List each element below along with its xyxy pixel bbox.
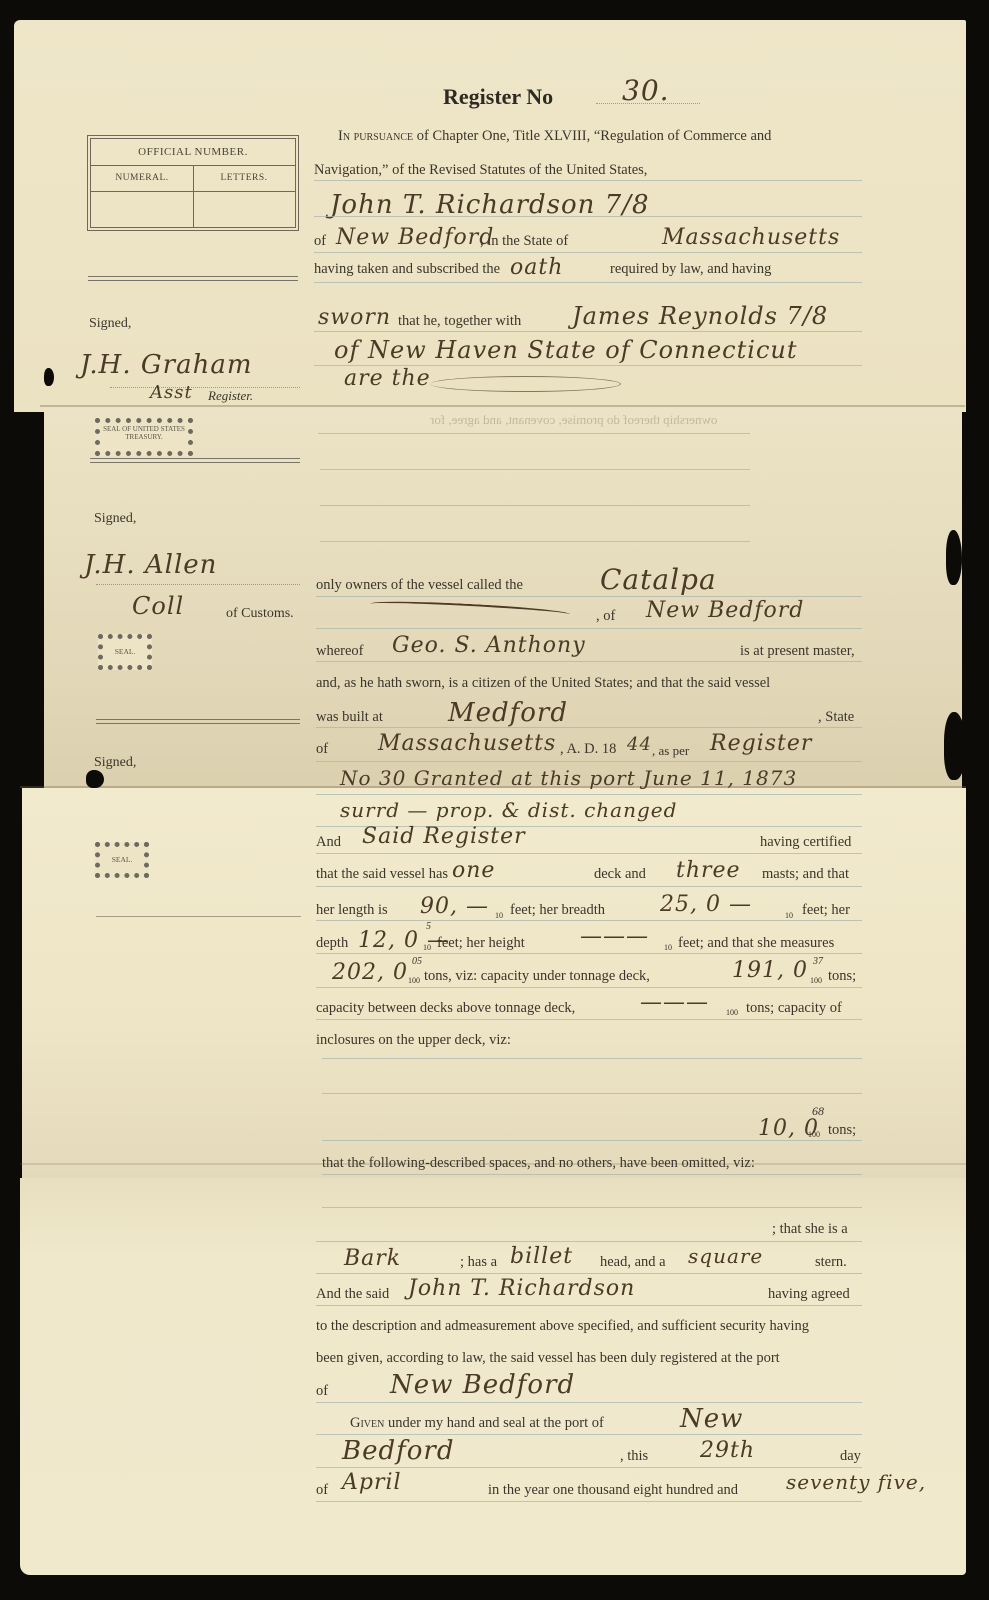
- total-tonnage-hundredths[interactable]: 05: [412, 956, 422, 967]
- under-deck-hundredths[interactable]: 37: [813, 956, 823, 967]
- depth-label: depth: [316, 935, 348, 952]
- having-certified-label: having certified: [760, 834, 851, 851]
- built-state[interactable]: Massachusetts: [378, 731, 556, 756]
- between-decks-label: capacity between decks above tonnage dec…: [316, 1000, 575, 1017]
- inclosure-hundredths[interactable]: 68: [812, 1104, 824, 1119]
- inclosure-denominator: 100: [808, 1130, 820, 1139]
- given-port-part-1[interactable]: New: [680, 1404, 743, 1434]
- between-decks-denominator: 100: [726, 1008, 738, 1017]
- stern-label: stern.: [815, 1254, 847, 1271]
- ruled-line: [320, 505, 750, 506]
- master-name[interactable]: Geo. S. Anthony: [392, 633, 586, 658]
- day-value[interactable]: 29th: [700, 1438, 755, 1463]
- built-at-label: was built at: [316, 709, 383, 726]
- omitted-spaces-label: that the following-described spaces, and…: [322, 1155, 755, 1172]
- role-register-label: Register.: [208, 388, 253, 404]
- sworn-word[interactable]: sworn: [318, 305, 391, 330]
- and-label: And: [316, 834, 341, 851]
- ruled-line: [316, 1019, 862, 1020]
- ruled-line: [316, 920, 862, 921]
- numeral-column-header: NUMERAL.: [91, 165, 193, 192]
- ruled-line: [314, 180, 862, 181]
- present-master-label: is at present master,: [740, 643, 855, 660]
- role-register-hand: Asst: [150, 382, 193, 403]
- tons-semicolon-label-2: tons;: [828, 1122, 856, 1139]
- paper-damage: [946, 530, 962, 585]
- total-tonnage-denominator: 100: [408, 976, 420, 985]
- ruled-line: [320, 469, 750, 470]
- length-denominator: 10: [495, 911, 503, 920]
- owner-2-name[interactable]: James Reynolds 7/8: [572, 302, 828, 330]
- signature-register[interactable]: J.H. Graham: [80, 350, 252, 380]
- vessel-home-port[interactable]: New Bedford: [646, 598, 804, 623]
- signature-line: [96, 584, 300, 586]
- built-place[interactable]: Medford: [448, 698, 568, 728]
- breadth-denominator: 10: [785, 911, 793, 920]
- owner-2-location[interactable]: of New Haven State of Connecticut: [334, 336, 798, 364]
- pursuance-rest: of Chapter One, Title XLVIII, “Regulatio…: [413, 128, 771, 144]
- given-line: Given under my hand and seal at the port…: [350, 1415, 604, 1432]
- state-label-2: , State: [818, 709, 854, 726]
- divider-line: [88, 276, 298, 281]
- ad-label: , A. D. 18: [560, 741, 616, 758]
- ruled-line: [320, 541, 750, 542]
- built-year-suffix[interactable]: 44: [627, 734, 652, 755]
- length-value[interactable]: 90, —: [420, 894, 489, 919]
- month-value[interactable]: April: [342, 1470, 402, 1495]
- tons-viz-label: tons, viz: capacity under tonnage deck,: [424, 968, 650, 985]
- been-given-line: been given, according to law, the said v…: [316, 1350, 780, 1367]
- depth-denominator: 10: [423, 943, 431, 952]
- vessel-name[interactable]: Catalpa: [600, 563, 717, 596]
- letters-column-header: LETTERS.: [193, 165, 295, 192]
- letters-field[interactable]: [197, 195, 291, 223]
- divider-line: [96, 916, 301, 917]
- ruled-line: [322, 1058, 862, 1059]
- ruled-line: [316, 1434, 862, 1435]
- this-label: , this: [620, 1448, 648, 1465]
- ruled-line: [316, 1467, 862, 1468]
- head-type[interactable]: billet: [510, 1244, 573, 1269]
- ruled-line: [316, 661, 862, 662]
- has-a-label: ; has a: [460, 1254, 497, 1271]
- mast-count[interactable]: three: [676, 858, 741, 883]
- ruled-line: [316, 1402, 862, 1403]
- having-agreed-label: having agreed: [768, 1286, 850, 1303]
- oath-line-a: having taken and subscribed the: [314, 261, 500, 278]
- ruled-line: [322, 1140, 862, 1141]
- tons-semicolon-label: tons;: [828, 968, 856, 985]
- column-divider: [193, 165, 194, 227]
- ruled-line: [316, 1501, 862, 1502]
- state-label: , in the State of: [480, 233, 568, 250]
- role-collector-label: of Customs.: [226, 606, 294, 622]
- vessel-type[interactable]: Bark: [344, 1246, 401, 1271]
- year-label: in the year one thousand eight hundred a…: [488, 1482, 738, 1499]
- divider-line: [96, 719, 300, 724]
- under-deck-denominator: 100: [810, 976, 822, 985]
- depth-tenths[interactable]: 5: [426, 921, 431, 932]
- pen-flourish: [430, 376, 621, 392]
- ruled-line: [322, 1174, 862, 1175]
- feet-her-label: feet; her: [802, 902, 850, 919]
- given-rest: under my hand and seal at the port of: [384, 1415, 603, 1431]
- signed-label-2: Signed,: [94, 511, 136, 527]
- signed-label-1: Signed,: [89, 316, 131, 332]
- only-owners-label: only owners of the vessel called the: [316, 577, 523, 594]
- inclosures-label: inclosures on the upper deck, viz:: [316, 1032, 511, 1049]
- seal-2-text: SEAL.: [112, 855, 133, 864]
- paper-damage: [944, 712, 966, 780]
- oath-line-b: required by law, and having: [610, 261, 771, 278]
- treasury-seal: SEAL OF UNITED STATES TREASURY.: [95, 418, 193, 456]
- ruled-line: [314, 216, 862, 217]
- signed-label-3: Signed,: [94, 755, 136, 771]
- measures-label: feet; and that she measures: [678, 935, 834, 952]
- seal-2: SEAL.: [95, 842, 149, 878]
- agreeing-party-name[interactable]: John T. Richardson: [408, 1276, 635, 1301]
- bleed-through-text: ownership thereof do promise, covenant, …: [430, 412, 717, 428]
- whereof-label: whereof: [316, 643, 364, 660]
- given-port-part-2[interactable]: Bedford: [342, 1436, 455, 1466]
- treasury-seal-text: SEAL OF UNITED STATES TREASURY.: [103, 425, 185, 441]
- description-line: to the description and admeasurement abo…: [316, 1318, 809, 1335]
- owner-1-city[interactable]: New Bedford: [336, 225, 494, 250]
- masts-label: masts; and that: [762, 866, 849, 883]
- ruled-line: [316, 1241, 862, 1242]
- ruled-line: [316, 1305, 862, 1306]
- as-per-label: , as per: [652, 743, 689, 759]
- official-number-heading: OFFICIAL NUMBER.: [91, 139, 295, 166]
- ruled-line: [316, 853, 862, 854]
- ruled-line: [316, 727, 862, 728]
- paper-damage: [86, 770, 104, 788]
- ruled-line: [316, 628, 862, 629]
- deck-count[interactable]: one: [452, 858, 495, 883]
- pursuance-small-caps: In pursuance: [338, 128, 413, 144]
- that-she-is-label: ; that she is a: [772, 1221, 848, 1238]
- navigation-line: Navigation,” of the Revised Statutes of …: [314, 162, 647, 179]
- signature-collector[interactable]: J.H. Allen: [84, 550, 217, 580]
- ruled-line: [316, 1273, 862, 1274]
- ruled-line: [322, 1207, 862, 1208]
- ruled-line: [318, 433, 750, 434]
- feet-height-label: feet; her height: [437, 935, 525, 952]
- of-label-2: , of: [596, 608, 615, 625]
- are-the-words[interactable]: are the: [344, 366, 431, 391]
- oath-word[interactable]: oath: [510, 255, 563, 280]
- total-tonnage[interactable]: 202, 0: [332, 960, 408, 985]
- and-the-said-label: And the said: [316, 1286, 389, 1303]
- as-per-document[interactable]: Register: [710, 731, 812, 756]
- divider-line: [90, 458, 300, 463]
- ruled-line: [316, 886, 862, 887]
- ruled-line: [314, 282, 862, 283]
- signature-line: [110, 387, 300, 389]
- register-note-2[interactable]: surrd — prop. & dist. changed: [340, 798, 677, 822]
- citizen-line: and, as he hath sworn, is a citizen of t…: [316, 675, 770, 692]
- height-denominator: 10: [664, 943, 672, 952]
- ruled-line: [322, 1093, 862, 1094]
- ruled-line: [316, 794, 862, 795]
- vessel-has-label: that the said vessel has: [316, 866, 448, 883]
- paper-damage: [44, 368, 54, 386]
- together-with-label: that he, together with: [398, 313, 521, 330]
- ruled-line: [316, 953, 862, 954]
- breadth-value[interactable]: 25, 0 —: [660, 892, 752, 917]
- ruled-line: [316, 596, 862, 597]
- ruled-line: [316, 761, 862, 762]
- ruled-line: [314, 252, 862, 253]
- certifying-document[interactable]: Said Register: [362, 824, 526, 849]
- capacity-of-label: tons; capacity of: [746, 1000, 842, 1017]
- register-number-line: [596, 103, 700, 105]
- feet-breadth-label: feet; her breadth: [510, 902, 605, 919]
- of-label-4: of: [316, 1383, 328, 1400]
- pursuance-line: In pursuance of Chapter One, Title XLVII…: [338, 128, 771, 145]
- role-collector-hand: Coll: [132, 592, 184, 620]
- day-label: day: [840, 1448, 861, 1465]
- of-label-5: of: [316, 1482, 328, 1499]
- ruled-line: [316, 987, 862, 988]
- seal-1: SEAL.: [98, 634, 152, 670]
- stern-type[interactable]: square: [688, 1244, 763, 1268]
- register-title: Register No: [443, 84, 553, 110]
- under-deck-tonnage[interactable]: 191, 0: [732, 958, 808, 983]
- deck-and-label: deck and: [594, 866, 646, 883]
- height-value[interactable]: ———: [580, 924, 649, 949]
- between-decks-tonnage[interactable]: ———: [640, 990, 709, 1015]
- numeral-field[interactable]: [95, 195, 189, 223]
- year-words[interactable]: seventy five,: [786, 1470, 926, 1494]
- length-label: her length is: [316, 902, 388, 919]
- register-note-1[interactable]: No 30 Granted at this port June 11, 1873: [340, 766, 797, 790]
- owner-1-state[interactable]: Massachusetts: [662, 225, 840, 250]
- head-and-a-label: head, and a: [600, 1254, 666, 1271]
- given-small-caps: Given: [350, 1415, 384, 1431]
- of-label-3: of: [316, 741, 328, 758]
- seal-1-text: SEAL.: [115, 647, 136, 656]
- fold-crease: [40, 405, 965, 407]
- official-number-box: OFFICIAL NUMBER. NUMERAL. LETTERS.: [90, 138, 296, 228]
- of-label: of: [314, 233, 326, 250]
- registered-port[interactable]: New Bedford: [390, 1370, 575, 1400]
- ruled-line: [314, 331, 862, 332]
